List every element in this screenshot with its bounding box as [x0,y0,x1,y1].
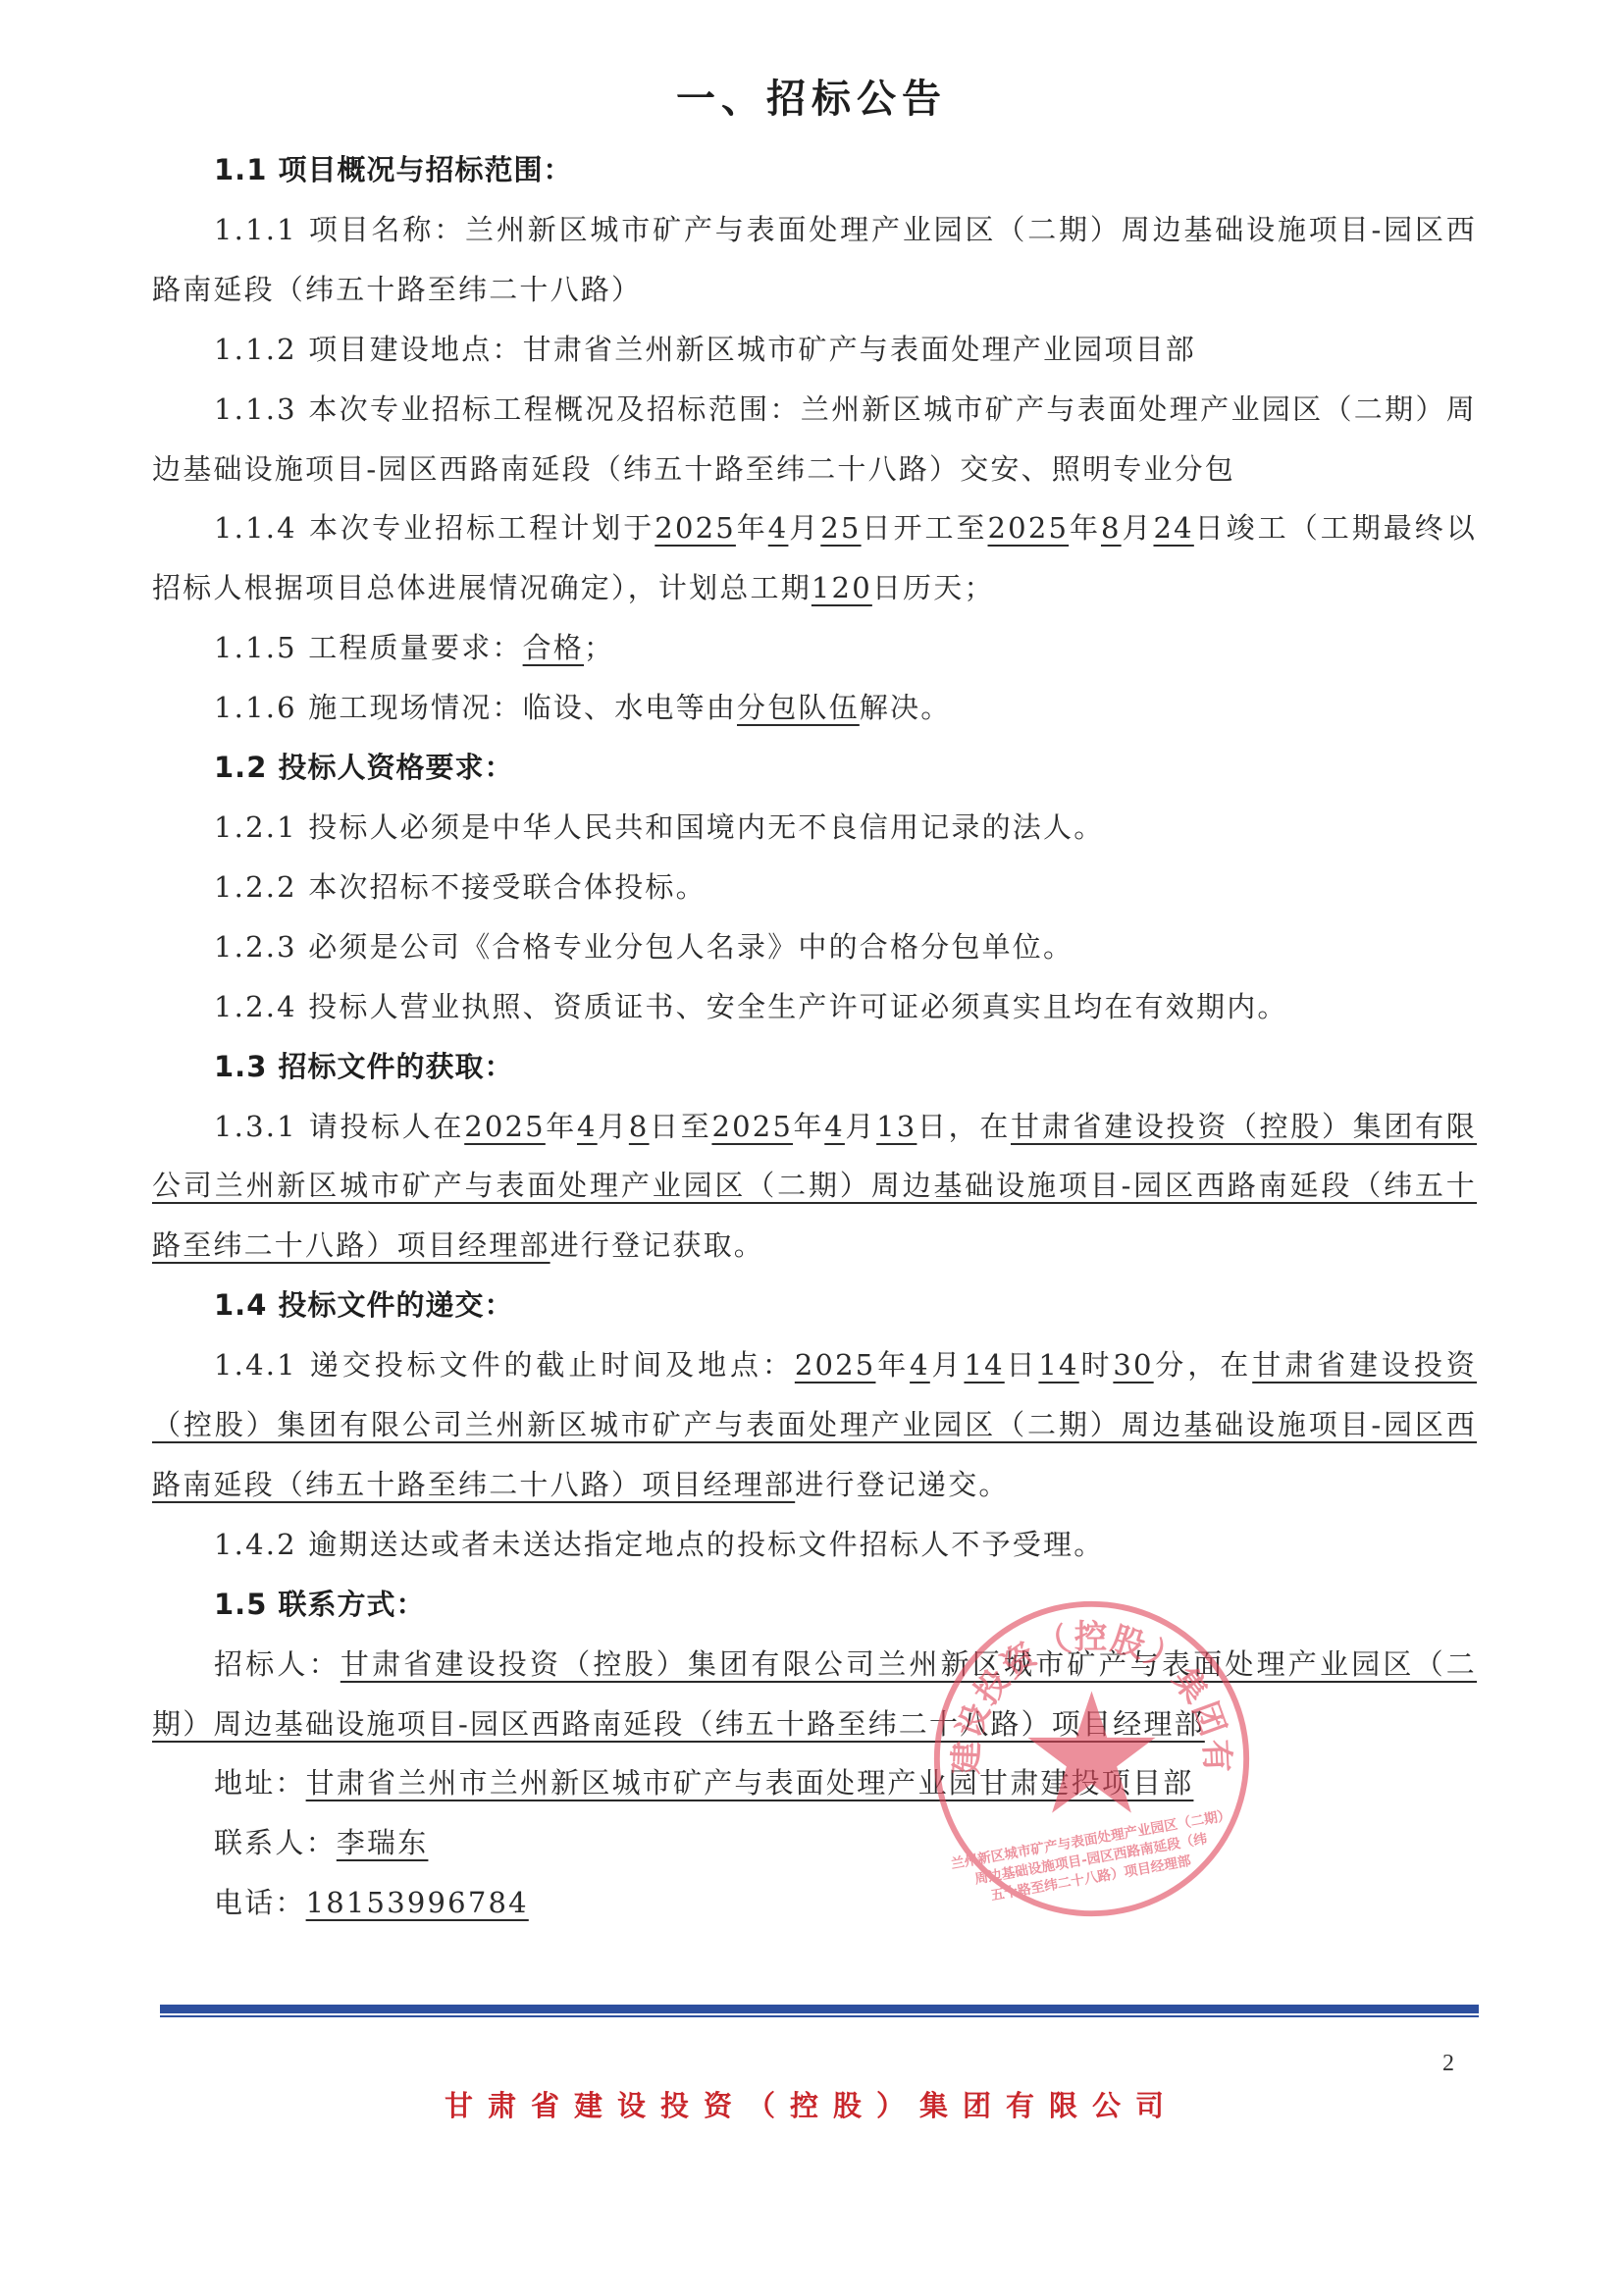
text-segment: 年 [793,1110,824,1143]
text-segment: 日至 [650,1110,712,1143]
text-segment: 分，在 [1154,1348,1253,1382]
text-segment: 月 [845,1110,876,1143]
filled-field: 4 [768,511,789,545]
filled-field: 4 [910,1348,930,1382]
filled-field: 4 [824,1110,845,1143]
text-segment: 1.2.1 投标人必须是中华人民共和国境内无不良信用记录的法人。 [214,810,1104,844]
paragraph: 地址：甘肃省兰州市兰州新区城市矿产与表面处理产业园甘肃建投项目部 [152,1753,1477,1813]
text-segment: 1.1.1 项目名称：兰州新区城市矿产与表面处理产业园区（二期）周边基础设施项目… [152,213,1477,306]
text-segment: 日，在 [916,1110,1011,1143]
filled-field: 甘肃省兰州市兰州新区城市矿产与表面处理产业园甘肃建投项目部 [306,1766,1194,1800]
paragraph: 1.1.3 本次专业招标工程概况及招标范围：兰州新区城市矿产与表面处理产业园区（… [152,380,1477,499]
text-segment: 1.1.3 本次专业招标工程概况及招标范围：兰州新区城市矿产与表面处理产业园区（… [152,392,1477,486]
paragraph: 1.2.1 投标人必须是中华人民共和国境内无不良信用记录的法人。 [152,798,1477,858]
paragraph: 1.2.2 本次招标不接受联合体投标。 [152,858,1477,917]
text-segment: 年 [736,511,768,545]
filled-field: 2025 [711,1110,793,1143]
filled-field: 14 [1038,1348,1078,1382]
text-segment: 解决。 [860,691,952,724]
filled-field: 合格 [523,631,584,664]
paragraph: 1.1.6 施工现场情况：临设、水电等由分包队伍解决。 [152,678,1477,738]
text-segment: 1.2.3 必须是公司《合格专业分包人名录》中的合格分包单位。 [214,930,1073,964]
paragraph: 招标人：甘肃省建设投资（控股）集团有限公司兰州新区城市矿产与表面处理产业园区（二… [152,1635,1477,1754]
text-segment: 进行登记递交。 [795,1468,1009,1501]
text-segment: 1.1.6 施工现场情况：临设、水电等由 [214,691,737,724]
text-segment: 月 [930,1348,965,1382]
page-title: 一、招标公告 [0,73,1623,126]
filled-field: 分包队伍 [737,691,860,724]
text-segment: 招标人： [214,1647,340,1681]
filled-field: 甘肃省建设投资（控股）集团有限公司兰州新区城市矿产与表面处理产业园区（二期）周边… [152,1647,1477,1741]
text-segment: 时 [1079,1348,1114,1382]
paragraph: 1.1.5 工程质量要求：合格； [152,618,1477,678]
text-segment: 年 [875,1348,910,1382]
text-segment: 1.1.4 本次专业招标工程计划于 [214,511,654,545]
text-segment: 进行登记获取。 [550,1228,764,1262]
paragraph: 1.1.1 项目名称：兰州新区城市矿产与表面处理产业园区（二期）周边基础设施项目… [152,200,1477,320]
page-number: 2 [1442,2051,1454,2077]
text-segment: 月 [598,1110,629,1143]
filled-field: 120 [811,571,872,604]
paragraph: 1.3.1 请投标人在2025年4月8日至2025年4月13日，在甘肃省建设投资… [152,1097,1477,1277]
filled-field: 25 [820,511,861,545]
text-segment: 1.2.2 本次招标不接受联合体投标。 [214,870,707,904]
section-heading: 1.1 项目概况与招标范围： [152,140,1477,200]
footer-rule-thick [160,2005,1479,2013]
filled-field: 8 [1101,511,1122,545]
paragraph: 1.2.4 投标人营业执照、资质证书、安全生产许可证必须真实且均在有效期内。 [152,977,1477,1037]
footer-company-name: 甘肃省建设投资（控股）集团有限公司 [0,2084,1623,2124]
filled-field: 2025 [795,1348,876,1382]
paragraph: 1.1.2 项目建设地点：甘肃省兰州新区城市矿产与表面处理产业园项目部 [152,320,1477,380]
text-segment: 1.4.1 递交投标文件的截止时间及地点： [214,1348,795,1382]
announcement-body: 1.1 项目概况与招标范围：1.1.1 项目名称：兰州新区城市矿产与表面处理产业… [152,140,1477,1933]
text-segment: 月 [788,511,820,545]
text-segment: 电话： [214,1886,306,1919]
filled-field: 2025 [464,1110,546,1143]
text-segment: 1.4.2 逾期送达或者未送达指定地点的投标文件招标人不予受理。 [214,1528,1104,1561]
paragraph: 电话：18153996784 [152,1873,1477,1933]
paragraph: 1.2.3 必须是公司《合格专业分包人名录》中的合格分包单位。 [152,917,1477,977]
text-segment: 地址： [214,1766,306,1800]
text-segment: 联系人： [214,1826,337,1859]
text-segment: 日历天； [872,571,995,604]
section-heading: 1.5 联系方式： [152,1575,1477,1635]
text-segment: 年 [1069,511,1101,545]
text-segment: ； [584,631,614,664]
section-heading: 1.4 投标文件的递交： [152,1276,1477,1335]
filled-field: 李瑞东 [337,1826,429,1859]
filled-field: 18153996784 [306,1886,529,1919]
filled-field: 13 [876,1110,916,1143]
section-heading: 1.2 投标人资格要求： [152,738,1477,798]
text-segment: 日 [1005,1348,1039,1382]
text-segment: 1.1.2 项目建设地点：甘肃省兰州新区城市矿产与表面处理产业园项目部 [214,333,1196,366]
text-segment: 1.2.4 投标人营业执照、资质证书、安全生产许可证必须真实且均在有效期内。 [214,990,1288,1023]
paragraph: 1.1.4 本次专业招标工程计划于2025年4月25日开工至2025年8月24日… [152,498,1477,618]
paragraph: 1.4.1 递交投标文件的截止时间及地点：2025年4月14日14时30分，在甘… [152,1335,1477,1515]
filled-field: 30 [1113,1348,1153,1382]
filled-field: 8 [629,1110,650,1143]
filled-field: 4 [577,1110,598,1143]
filled-field: 24 [1154,511,1194,545]
text-segment: 日开工至 [862,511,988,545]
paragraph: 联系人：李瑞东 [152,1813,1477,1873]
footer-rule-thin [160,2015,1479,2017]
filled-field: 2025 [654,511,736,545]
paragraph: 1.4.2 逾期送达或者未送达指定地点的投标文件招标人不予受理。 [152,1515,1477,1575]
text-segment: 1.3.1 请投标人在 [214,1110,464,1143]
text-segment: 月 [1122,511,1154,545]
text-segment: 1.1.5 工程质量要求： [214,631,523,664]
filled-field: 2025 [988,511,1070,545]
text-segment: 年 [546,1110,577,1143]
section-heading: 1.3 招标文件的获取： [152,1037,1477,1097]
filled-field: 14 [964,1348,1004,1382]
